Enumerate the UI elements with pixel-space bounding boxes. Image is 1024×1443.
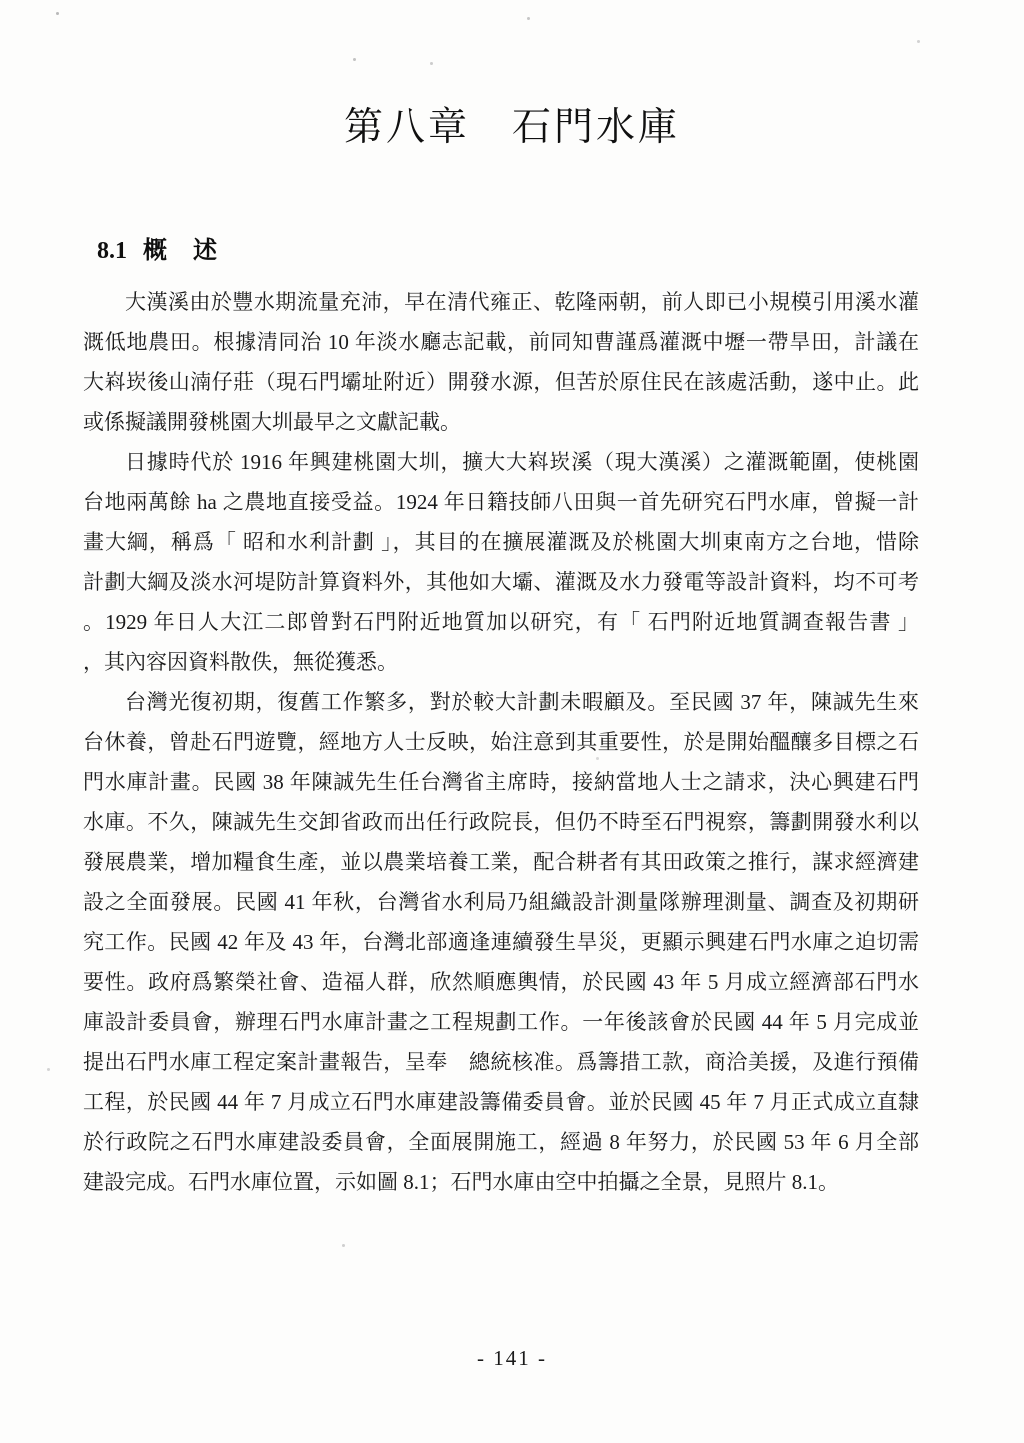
page-number: - 141 -	[0, 1346, 1024, 1371]
text-line: 台地兩萬餘 ha 之農地直接受益。1924 年日籍技師八田與一首先研究石門水庫，…	[83, 482, 919, 522]
text-line: 建設完成。石門水庫位置，示如圖 8.1；石門水庫由空中拍攝之全景，見照片 8.1…	[83, 1162, 919, 1202]
text-line: 門水庫計畫。民國 38 年陳誠先生任台灣省主席時，接納當地人士之請求，決心興建石…	[83, 762, 919, 802]
section-title: 概 述	[143, 238, 218, 264]
text-line: 大漢溪由於豐水期流量充沛，早在清代雍正、乾隆兩朝，前人即已小規模引用溪水灌	[83, 282, 919, 322]
text-line: 於行政院之石門水庫建設委員會，全面展開施工，經過 8 年努力，於民國 53 年 …	[83, 1122, 919, 1162]
text-line: 究工作。民國 42 年及 43 年，台灣北部適逢連續發生旱災，更顯示興建石門水庫…	[83, 922, 919, 962]
text-line: 日據時代於 1916 年興建桃園大圳，擴大大嵙崁溪（現大漢溪）之灌溉範圍，使桃園	[83, 442, 919, 482]
text-line: 計劃大綱及淡水河堤防計算資料外，其他如大壩、灌溉及水力發電等設計資料，均不可考	[83, 562, 919, 602]
text-line: 台休養，曾赴石門遊覽，經地方人士反映，始注意到其重要性，於是開始醞釀多目標之石	[83, 722, 919, 762]
text-line: 庫設計委員會，辦理石門水庫計畫之工程規劃工作。一年後該會於民國 44 年 5 月…	[83, 1002, 919, 1042]
text-line: 溉低地農田。根據清同治 10 年淡水廳志記載，前同知曹謹爲灌溉中壢一帶旱田，計議…	[83, 322, 919, 362]
text-line: 要性。政府爲繁榮社會、造福人群，欣然順應輿情，於民國 43 年 5 月成立經濟部…	[83, 962, 919, 1002]
text-line: 提出石門水庫工程定案計畫報告，呈奉 總統核准。爲籌措工款，商洽美援，及進行預備	[83, 1042, 919, 1082]
text-line: 設之全面發展。民國 41 年秋，台灣省水利局乃組織設計測量隊辦理測量、調查及初期…	[83, 882, 919, 922]
text-line: 畫大綱，稱爲「 昭和水利計劃 」，其目的在擴展灌溉及於桃園大圳東南方之台地，惜除	[83, 522, 919, 562]
section-heading: 8.1概 述	[97, 235, 218, 267]
text-line: 台灣光復初期，復舊工作繁多，對於較大計劃未暇顧及。至民國 37 年，陳誠先生來	[83, 682, 919, 722]
text-line: 或係擬議開發桃園大圳最早之文獻記載。	[83, 402, 919, 442]
text-line: 大嵙崁後山湳仔莊（現石門壩址附近）開發水源，但苦於原住民在該處活動，遂中止。此	[83, 362, 919, 402]
text-line: ，其內容因資料散佚，無從獲悉。	[83, 642, 919, 682]
text-line: 發展農業，增加糧食生產，並以農業培養工業，配合耕者有其田政策之推行，謀求經濟建	[83, 842, 919, 882]
text-line: 水庫。不久，陳誠先生交卸省政而出任行政院長，但仍不時至石門視察，籌劃開發水利以	[83, 802, 919, 842]
chapter-title: 第八章 石門水庫	[0, 103, 1024, 153]
text-line: 。1929 年日人大江二郎曾對石門附近地質加以研究，有「 石門附近地質調查報告書…	[83, 602, 919, 642]
body-text: 大漢溪由於豐水期流量充沛，早在清代雍正、乾隆兩朝，前人即已小規模引用溪水灌溉低地…	[83, 282, 919, 1202]
section-number: 8.1	[97, 238, 127, 264]
scan-noise	[56, 12, 59, 15]
text-line: 工程，於民國 44 年 7 月成立石門水庫建設籌備委員會。並於民國 45 年 7…	[83, 1082, 919, 1122]
document-page: 第八章 石門水庫 8.1概 述 大漢溪由於豐水期流量充沛，早在清代雍正、乾隆兩朝…	[0, 0, 1024, 1443]
